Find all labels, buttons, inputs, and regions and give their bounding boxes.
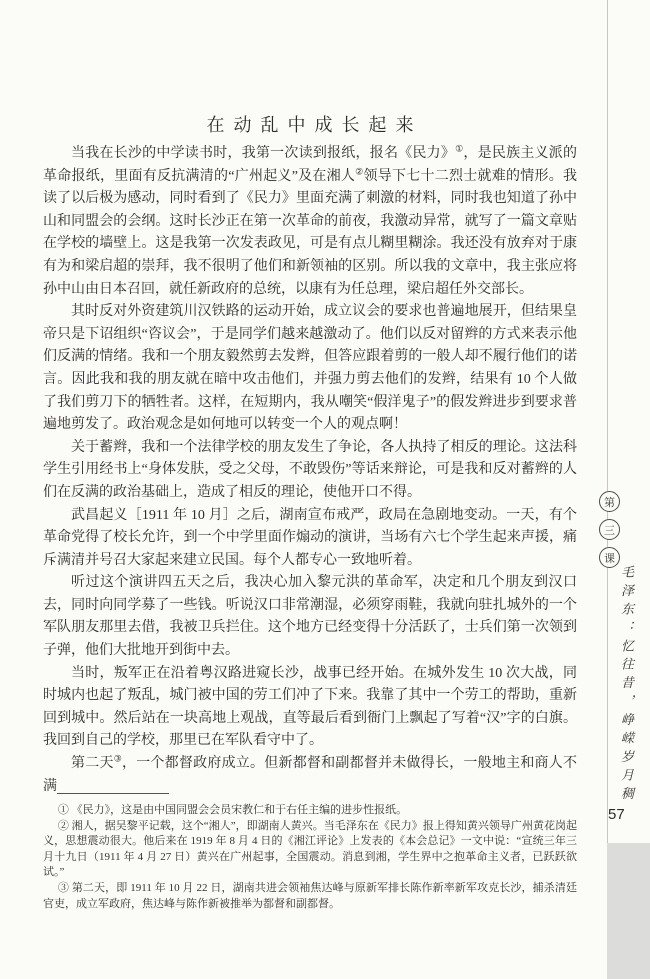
- book-page: 在动乱中成长起来 当我在长沙的中学读书时，我第一次读到报纸，报名《民力》①，是民…: [0, 0, 650, 979]
- article-body: 当我在长沙的中学读书时，我第一次读到报纸，报名《民力》①，是民族主义派的革命报纸…: [43, 143, 577, 798]
- sidebar-rule: [607, 0, 608, 843]
- lesson-char-circle: 第: [599, 491, 620, 512]
- lesson-char-circle: 三: [599, 519, 620, 540]
- body-paragraph: 第二天③，一个都督政府成立。但新都督和副都督并未做得长，一般地主和商人不满: [43, 753, 577, 798]
- body-paragraph: 当时，叛军正在沿着粤汉路进窥长沙，战事已经开始。在城外发生 10 次大战，同时城…: [43, 663, 577, 753]
- lesson-number-badge: 第 三 课: [599, 491, 620, 568]
- footnote: ② 湘人，据吴黎平记载，这个“湘人”，即湖南人黄兴。当毛泽东在《民力》报上得知黄…: [43, 819, 577, 881]
- body-paragraph: 关于蓄辫，我和一个法律学校的朋友发生了争论，各人执持了相反的理论。这法科学生引用…: [43, 437, 577, 505]
- footnote-divider: [57, 793, 169, 794]
- page-number: 57: [608, 806, 642, 823]
- corner-tab: [607, 843, 650, 979]
- page-title: 在动乱中成长起来: [43, 111, 577, 139]
- footnotes-section: ① 《民力》，这是由中国同盟会会员宋教仁和于右任主编的进步性报纸。 ② 湘人，据…: [43, 793, 577, 912]
- body-paragraph: 听过这个演讲四五天之后，我决心加入黎元洪的革命军，决定和几个朋友到汉口去，同时向…: [43, 572, 577, 662]
- body-paragraph: 武昌起义［1911 年 10 月］之后，湖南宣布戒严，政局在急剧地变动。一天，有…: [43, 505, 577, 573]
- body-paragraph: 其时反对外资建筑川汉铁路的运动开始，成立议会的要求也普遍地展开，但结果皇帝只是下…: [43, 301, 577, 437]
- footnote: ① 《民力》，这是由中国同盟会会员宋教仁和于右任主编的进步性报纸。: [43, 803, 577, 819]
- footnote: ③ 第二天，即 1911 年 10 月 22 日，湖南共进会领袖焦达峰与原新军排…: [43, 881, 577, 912]
- chapter-title-vertical: 毛泽东：忆往昔，峥嵘岁月稠: [617, 565, 636, 815]
- body-paragraph: 当我在长沙的中学读书时，我第一次读到报纸，报名《民力》①，是民族主义派的革命报纸…: [43, 143, 577, 301]
